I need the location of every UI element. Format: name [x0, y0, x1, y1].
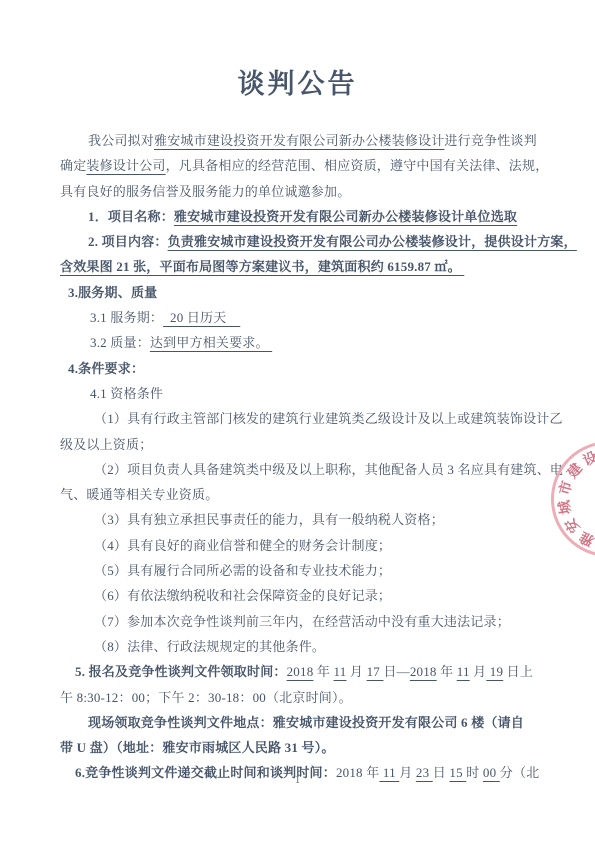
- seal-character: 设: [580, 449, 595, 469]
- document-line: 3.服务期、质量: [68, 280, 552, 305]
- document-line: 气、暖通等相关专业资质。: [60, 482, 552, 507]
- text-run: 带 U 盘）（地址：雅安市雨城区人民路 31 号）。: [60, 740, 335, 755]
- text-run: （3）具有独立承担民事责任的能力，具有一般纳税人资格；: [94, 512, 444, 527]
- text-run: 我公司拟对: [88, 133, 154, 148]
- text-run: 月: [346, 664, 366, 679]
- document-line: 我公司拟对雅安城市建设投资开发有限公司新办公楼装修设计进行竞争性谈判: [88, 128, 552, 153]
- document-line: 级及以上资质；: [60, 432, 552, 457]
- document-line: （1）具有行政主管部门核发的建筑行业建筑类乙级设计及以上或建筑装饰设计乙: [94, 406, 552, 431]
- document-line: 现场领取竞争性谈判文件地点：雅安城市建设投资开发有限公司 6 楼（请自: [88, 710, 552, 735]
- seal-character: 城: [557, 498, 574, 515]
- text-run: （1）具有行政主管部门核发的建筑行业建筑类乙级设计及以上或建筑装饰设计乙: [94, 411, 563, 426]
- text-run: 2. 项目内容：: [88, 234, 168, 249]
- document-line: 含效果图 21 张，平面布局图等方案建议书，建筑面积约 6159.87 ㎡。: [60, 254, 552, 279]
- text-run: 3.1 服务期：: [90, 310, 163, 325]
- text-run: 达到甲方相关要求。: [150, 335, 272, 350]
- text-run: 日上: [503, 664, 533, 679]
- text-run: 月: [470, 664, 487, 679]
- document-line: 4.条件要求：: [68, 356, 552, 381]
- text-run: （5）具有履行合同所必需的设备和专业技术能力；: [94, 563, 391, 578]
- text-run: 日—: [383, 664, 409, 679]
- document-line: 2. 项目内容：负责雅安城市建设投资开发有限公司办公楼装修设计，提供设计方案，: [88, 229, 552, 254]
- text-run: 级及以上资质；: [60, 437, 152, 452]
- document-line: （8）法律、行政法规规定的其他条件。: [94, 634, 552, 659]
- text-run: 17: [367, 664, 384, 679]
- text-run: 5. 报名及竞争性谈判文件领取时间：: [75, 664, 287, 679]
- document-body: 我公司拟对雅安城市建设投资开发有限公司新办公楼装修设计进行竞争性谈判确定装修设计…: [60, 128, 552, 786]
- text-run: 雅安城市建设投资开发有限公司新办公楼装修设计: [154, 133, 444, 148]
- document-line: 确定装修设计公司，凡具备相应的经营范围、相应资质，遵守中国有关法律、法规，: [60, 153, 552, 178]
- document-line: （2）项目负责人具备建筑类中级及以上职称，其他配备人员 3 名应具有建筑、电: [94, 457, 552, 482]
- document-line: 4.1 资格条件: [90, 381, 552, 406]
- text-run: 2018: [410, 664, 437, 679]
- text-run: 1．项目名称：: [88, 209, 174, 224]
- text-run: 19: [486, 664, 503, 679]
- text-run: 现场领取竞争性谈判文件地点：雅安城市建设投资开发有限公司 6 楼（请自: [88, 715, 524, 730]
- document-line: 1．项目名称：雅安城市建设投资开发有限公司新办公楼装修设计单位选取: [88, 204, 552, 229]
- document-line: （4）具有良好的商业信誉和健全的财务会计制度；: [94, 533, 552, 558]
- document-line: （5）具有履行合同所必需的设备和专业技术能力；: [94, 558, 552, 583]
- text-run: 年: [313, 664, 333, 679]
- text-run: （7）参加本次竞争性谈判前三年内，在经营活动中没有重大违法记录；: [94, 614, 510, 629]
- document-line: （6）有依法缴纳税收和社会保障资金的良好记录；: [94, 583, 552, 608]
- text-run: ，凡具备相应的经营范围、相应资质，遵守中国有关法律、法规，: [166, 158, 549, 173]
- document-line: 3.2 质量：达到甲方相关要求。: [90, 330, 552, 355]
- document-line: 具有良好的服务信誉及服务能力的单位诚邀参加。: [60, 179, 552, 204]
- document-line: （7）参加本次竞争性谈判前三年内，在经营活动中没有重大违法记录；: [94, 609, 552, 634]
- text-run: （6）有依法缴纳税收和社会保障资金的良好记录；: [94, 588, 391, 603]
- text-run: （8）法律、行政法规规定的其他条件。: [94, 639, 325, 654]
- seal-character: 建: [565, 460, 586, 481]
- seal-character: 市: [557, 478, 575, 496]
- text-run: 3.服务期、质量: [68, 285, 157, 300]
- text-run: 4.条件要求：: [68, 361, 144, 376]
- text-run: 气、暖通等相关专业资质。: [60, 487, 218, 502]
- text-run: （4）具有良好的商业信誉和健全的财务会计制度；: [94, 538, 391, 553]
- text-run: 4.1 资格条件: [90, 386, 163, 401]
- text-run: 装修设计公司: [86, 158, 165, 173]
- text-run: 11: [457, 664, 470, 679]
- text-run: 负责雅安城市建设投资开发有限公司办公楼装修设计，提供设计方案，: [168, 234, 577, 249]
- seal-character: 安: [563, 514, 584, 535]
- text-run: 具有良好的服务信誉及服务能力的单位诚邀参加。: [60, 184, 350, 199]
- text-run: （2）项目负责人具备建筑类中级及以上职称，其他配备人员 3 名应具有建筑、电: [94, 462, 563, 477]
- document-page: 谈判公告 我公司拟对雅安城市建设投资开发有限公司新办公楼装修设计进行竞争性谈判确…: [0, 0, 595, 848]
- text-run: 2018: [287, 664, 314, 679]
- document-line: 午 8:30-12：00；下午 2：30-18：00（北京时间）。: [60, 685, 552, 710]
- document-line: 带 U 盘）（地址：雅安市雨城区人民路 31 号）。: [60, 735, 552, 760]
- text-run: 确定: [60, 158, 86, 173]
- text-run: 11: [334, 664, 347, 679]
- text-run: 年: [437, 664, 457, 679]
- text-run: 含效果图 21 张，平面布局图等方案建议书，建筑面积约 6159.87 ㎡。: [60, 259, 464, 274]
- page-number: 1: [0, 774, 595, 786]
- document-line: 5. 报名及竞争性谈判文件领取时间：2018 年 11 月 17 日—2018 …: [75, 659, 552, 684]
- seal-character: 雅: [577, 527, 595, 547]
- text-run: 进行竞争性谈判: [444, 133, 536, 148]
- document-line: （3）具有独立承担民事责任的能力，具有一般纳税人资格；: [94, 507, 552, 532]
- text-run: 3.2 质量：: [90, 335, 150, 350]
- text-run: 20 日历天: [163, 310, 240, 325]
- document-line: 3.1 服务期： 20 日历天: [90, 305, 552, 330]
- text-run: 午 8:30-12：00；下午 2：30-18：00（北京时间）。: [60, 690, 352, 705]
- text-run: 雅安城市建设投资开发有限公司新办公楼装修设计单位选取: [174, 209, 517, 224]
- page-title: 谈判公告: [0, 0, 595, 101]
